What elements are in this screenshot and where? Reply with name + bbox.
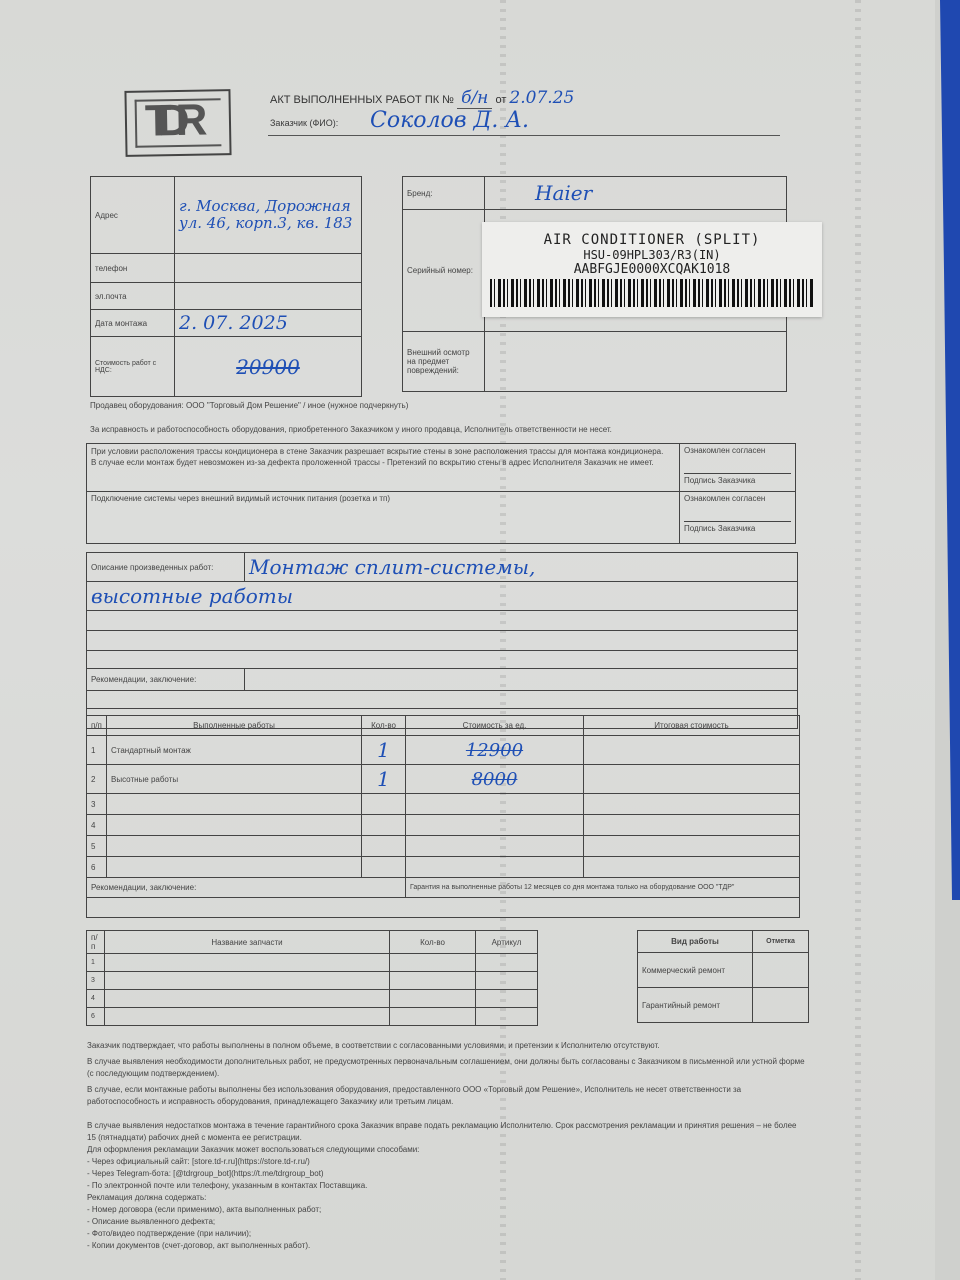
install-date-value: 2. 07. 2025: [175, 310, 362, 337]
footer-liability: В случае, если монтажные работы выполнен…: [87, 1084, 807, 1108]
claim-requirement: - Описание выявленного дефекта;: [87, 1216, 807, 1228]
table-row: 4: [87, 815, 800, 836]
work-description-table: Описание произведенных работ:Монтаж спли…: [86, 552, 798, 729]
claim-requirement: - Фото/видео подтверждение (при наличии)…: [87, 1228, 807, 1240]
table-row: 1: [87, 954, 538, 972]
consent-signature-2[interactable]: Ознакомлен согласен Подпись Заказчика: [680, 492, 796, 544]
consent-table: При условии расположения трассы кондицио…: [86, 443, 796, 544]
table-row: 5: [87, 836, 800, 857]
table-row: 1 Стандартный монтаж 1 12900: [87, 736, 800, 765]
table-row: 2 Высотные работы 1 8000: [87, 765, 800, 794]
customer-info-table: Адрес г. Москва, Дорожная ул. 46, корп.3…: [90, 176, 362, 397]
claim-requirement: - Копии документов (счет-договор, акт вы…: [87, 1240, 807, 1252]
table-row: 3: [87, 794, 800, 815]
table-row: 4: [87, 990, 538, 1008]
phone-value: [175, 254, 362, 283]
serial-number: AABFGJE0000XCQAK1018: [482, 262, 822, 277]
serial-sticker: AIR CONDITIONER (SPLIT) HSU-09HPL303/R3(…: [482, 222, 822, 317]
email-value: [175, 283, 362, 310]
warranty-repair-mark[interactable]: [753, 988, 809, 1023]
works-table: п/п Выполненные работы Кол-во Стоимость …: [86, 715, 800, 918]
background-edge: [940, 0, 960, 900]
parts-table: п/п Название запчасти Кол-во Артикул 1 3…: [86, 930, 538, 1026]
act-title: АКТ ВЫПОЛНЕННЫХ РАБОТ ПК № б/н от 2.07.2…: [270, 88, 574, 108]
act-number: б/н: [457, 88, 492, 109]
work-type-table: Вид работы Отметка Коммерческий ремонт Г…: [637, 930, 809, 1023]
cost-value: 20900: [175, 337, 362, 397]
consent-signature-1[interactable]: Ознакомлен согласен Подпись Заказчика: [680, 444, 796, 492]
table-row: 3: [87, 972, 538, 990]
address-value: г. Москва, Дорожная ул. 46, корп.3, кв. …: [175, 177, 362, 254]
work-description-line2: высотные работы: [87, 582, 798, 611]
act-date: 2.07.25: [509, 88, 574, 108]
company-logo: TDR: [124, 89, 231, 157]
warranty-text: Гарантия на выполненные работы 12 месяце…: [406, 878, 800, 898]
claim-method: - Через Telegram-бота: [@tdrgroup_bot](h…: [87, 1168, 807, 1180]
work-description-line1: Монтаж сплит-системы,: [245, 553, 798, 582]
liability-line: За исправность и работоспособность обору…: [90, 425, 612, 434]
customer-name: Соколов Д. А.: [370, 108, 529, 133]
claim-requirement: - Номер договора (если применимо), акта …: [87, 1204, 807, 1216]
footer-claims: В случае выявления недостатков монтажа в…: [87, 1120, 807, 1144]
customer-label: Заказчик (ФИО):: [270, 118, 338, 128]
claim-method: - По электронной почте или телефону, ука…: [87, 1180, 807, 1192]
barcode: [490, 279, 815, 307]
footer-additional-works: В случае выявления необходимости дополни…: [87, 1056, 807, 1080]
claim-method: - Через официальный сайт: [store.td-r.ru…: [87, 1156, 807, 1168]
table-row: 6: [87, 1008, 538, 1026]
print-streak: [855, 0, 861, 1280]
table-row: 6: [87, 857, 800, 878]
brand-value: Haier: [485, 177, 787, 210]
seller-line: Продавец оборудования: ООО "Торговый Дом…: [90, 401, 408, 410]
commercial-repair-mark[interactable]: [753, 953, 809, 988]
inspection-value: [485, 332, 787, 392]
footer-confirmation: Заказчик подтверждает, что работы выполн…: [87, 1040, 807, 1052]
